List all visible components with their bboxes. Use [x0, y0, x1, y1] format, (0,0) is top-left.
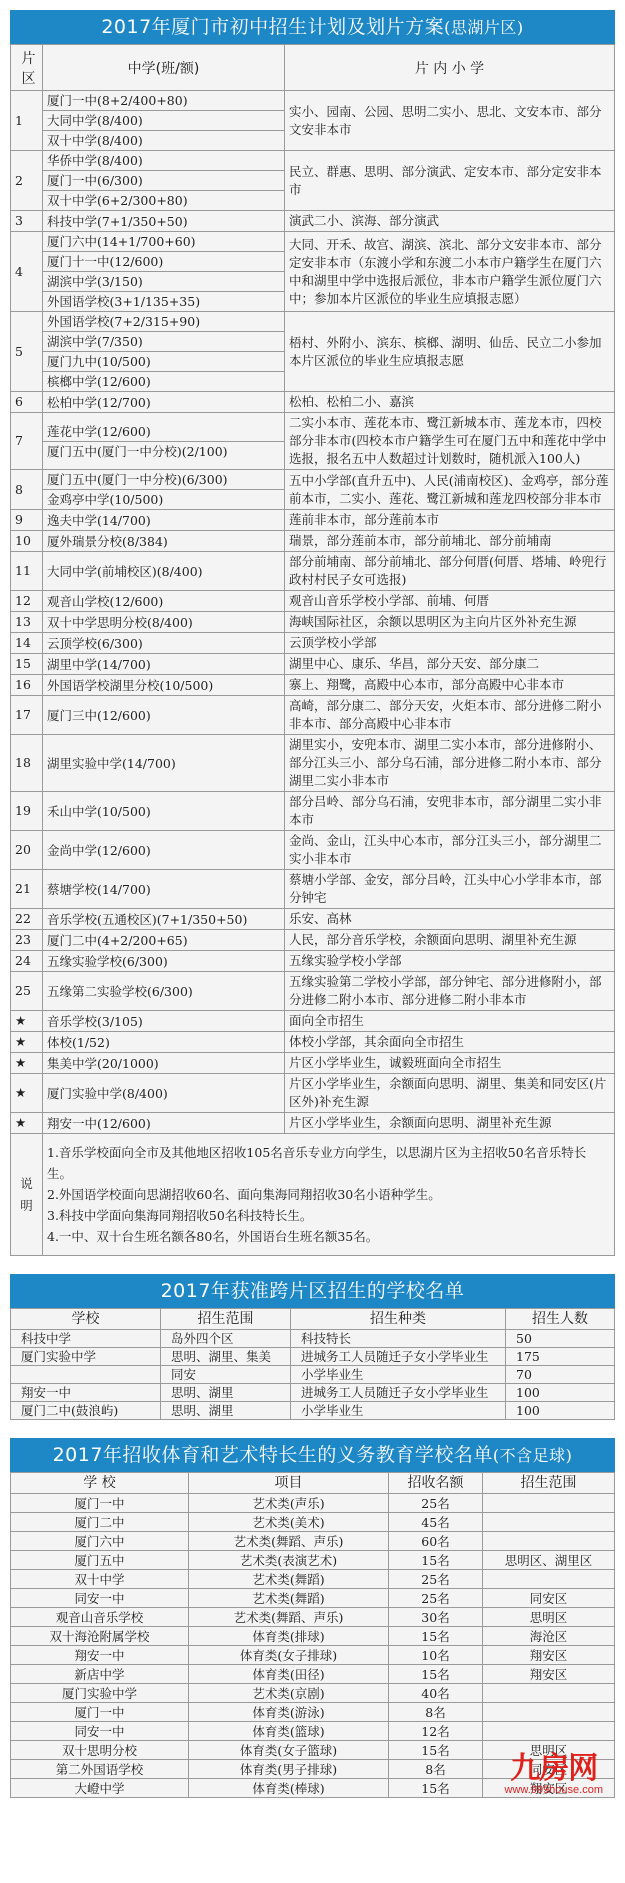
- area-number: 6: [11, 392, 43, 413]
- table-row: 13双十中学思明分校(8/400)海峡国际社区，余额以思明区为主向片区外补充生源: [11, 612, 615, 633]
- table-header-row: 学校 招生范围 招生种类 招生人数: [11, 1309, 615, 1330]
- middle-school: 外国语学校(7+2/315+90): [43, 312, 284, 332]
- area-number: 9: [11, 510, 43, 531]
- type-cell: 进城务工人员随迁子女小学毕业生: [291, 1384, 506, 1402]
- quota-cell: 10名: [389, 1646, 483, 1665]
- middle-schools-cell: 厦门五中(厦门一中分校)(6/300)金鸡亭中学(10/500): [43, 470, 285, 510]
- area-number: 19: [11, 792, 43, 831]
- table-row: 翔安一中思明、湖里进城务工人员随迁子女小学毕业生100: [11, 1384, 615, 1402]
- program-cell: 体育类(田径): [189, 1665, 389, 1684]
- area-number: ★: [11, 1053, 43, 1074]
- table-row: 新店中学体育类(田径)15名翔安区: [11, 1665, 615, 1684]
- middle-schools-cell: 外国语学校(7+2/315+90)湖滨中学(7/350)厦门九中(10/500)…: [43, 312, 285, 392]
- range-cell: [483, 1532, 615, 1551]
- count-cell: 175: [506, 1348, 615, 1366]
- table-row: 厦门实验中学艺术类(京剧)40名: [11, 1684, 615, 1703]
- program-cell: 体育类(女子篮球): [189, 1741, 389, 1760]
- count-cell: 70: [506, 1366, 615, 1384]
- program-cell: 艺术类(舞蹈): [189, 1570, 389, 1589]
- table-row: 同安小学毕业生70: [11, 1366, 615, 1384]
- header-school: 学校: [11, 1309, 161, 1330]
- page: 2017年厦门市初中招生计划及划片方案(思湖片区) 片区 中学(班/额) 片 内…: [0, 0, 625, 1828]
- school-cell: 厦门实验中学: [11, 1348, 161, 1366]
- primary-schools-cell: 五缘实验学校小学部: [285, 951, 615, 972]
- program-cell: 体育类(女子排球): [189, 1646, 389, 1665]
- type-cell: 科技特长: [291, 1330, 506, 1348]
- table-row: 厦门五中艺术类(表演艺术)15名思明区、湖里区: [11, 1551, 615, 1570]
- school-cell: 厦门六中: [11, 1532, 189, 1551]
- middle-school: 金尚中学(12/600): [43, 841, 284, 860]
- primary-schools-cell: 片区小学毕业生，诚毅班面向全市招生: [285, 1053, 615, 1074]
- table-row: 17厦门三中(12/600)高崎，部分康二、部分天安，火炬本市、部分进修二附小非…: [11, 696, 615, 735]
- range-cell: 思明、湖里、集美: [161, 1348, 291, 1366]
- table-header-row: 片区 中学(班/额) 片 内 小 学: [11, 45, 615, 91]
- header-school: 学 校: [11, 1473, 189, 1494]
- watermark-url: www.999house.com: [505, 1784, 603, 1796]
- quota-cell: 40名: [389, 1684, 483, 1703]
- table-row: 厦门二中(鼓浪屿)思明、湖里小学毕业生100: [11, 1402, 615, 1420]
- school-cell: 科技中学: [11, 1330, 161, 1348]
- middle-school: 禾山中学(10/500): [43, 802, 284, 821]
- middle-schools-cell: 厦门实验中学(8/400): [43, 1074, 285, 1113]
- section3-title: 2017年招收体育和艺术特长生的义务教育学校名单: [53, 1444, 493, 1466]
- section3-title-banner: 2017年招收体育和艺术特长生的义务教育学校名单(不含足球): [10, 1438, 615, 1472]
- table-row: 科技中学岛外四个区科技特长50: [11, 1330, 615, 1348]
- table-row: 9逸夫中学(14/700)莲前非本市，部分莲前本市: [11, 510, 615, 531]
- table-row: 翔安一中体育类(女子排球)10名翔安区: [11, 1646, 615, 1665]
- middle-school: 厦门二中(4+2/200+65): [43, 931, 284, 950]
- program-cell: 艺术类(京剧): [189, 1684, 389, 1703]
- primary-schools-cell: 高崎，部分康二、部分天安，火炬本市、部分进修二附小非本市、部分高殿中心非本市: [285, 696, 615, 735]
- middle-school: 湖滨中学(7/350): [43, 332, 284, 352]
- middle-schools-cell: 大同中学(前埔校区)(8/400): [43, 552, 285, 591]
- table-row: 厦门一中体育类(游泳)8名: [11, 1703, 615, 1722]
- table-row: 2华侨中学(8/400)厦门一中(6/300)双十中学(6+2/300+80)民…: [11, 151, 615, 211]
- area-number: 7: [11, 413, 43, 470]
- header-range: 招生范围: [483, 1473, 615, 1494]
- area-number: 25: [11, 972, 43, 1011]
- school-cell: 观音山音乐学校: [11, 1608, 189, 1627]
- area-number: ★: [11, 1113, 43, 1134]
- table-row: ★集美中学(20/1000)片区小学毕业生，诚毅班面向全市招生: [11, 1053, 615, 1074]
- primary-schools-cell: 大同、开禾、故宫、湖滨、滨北、部分文安非本市、部分定安非本市（东渡小学和东渡二小…: [285, 232, 615, 312]
- primary-schools-cell: 人民，部分音乐学校，余额面向思明、湖里补充生源: [285, 930, 615, 951]
- middle-school: 松柏中学(12/700): [43, 393, 284, 412]
- spacer: [10, 1256, 615, 1274]
- middle-schools-cell: 双十中学思明分校(8/400): [43, 612, 285, 633]
- middle-schools-cell: 音乐学校(3/105): [43, 1011, 285, 1032]
- primary-schools-cell: 民立、群惠、思明、部分演武、定安本市、部分定安非本市: [285, 151, 615, 211]
- table-row: 23厦门二中(4+2/200+65)人民，部分音乐学校，余额面向思明、湖里补充生…: [11, 930, 615, 951]
- area-number: 13: [11, 612, 43, 633]
- special-talent-table: 学 校 项目 招收名额 招生范围 厦门一中艺术类(声乐)25名厦门二中艺术类(美…: [10, 1472, 615, 1798]
- middle-school: 厦门五中(厦门一中分校)(2/100): [43, 442, 284, 461]
- middle-school: 大同中学(8/400): [43, 111, 284, 131]
- middle-school: 湖里实验中学(14/700): [43, 754, 284, 773]
- section1-title-banner: 2017年厦门市初中招生计划及划片方案(思湖片区): [10, 10, 615, 44]
- primary-schools-cell: 寨上、翔鹭，高殿中心本市，部分高殿中心非本市: [285, 675, 615, 696]
- quota-cell: 15名: [389, 1551, 483, 1570]
- watermark: 九房网 www.999house.com: [505, 1754, 603, 1796]
- quota-cell: 25名: [389, 1570, 483, 1589]
- school-cell: 新店中学: [11, 1665, 189, 1684]
- middle-school: 体校(1/52): [43, 1033, 284, 1052]
- table-row: 厦门六中艺术类(舞蹈、声乐)60名: [11, 1532, 615, 1551]
- table-row: 7莲花中学(12/600)厦门五中(厦门一中分校)(2/100)二实小本市、莲花…: [11, 413, 615, 470]
- middle-school: 蔡塘学校(14/700): [43, 880, 284, 899]
- school-cell: 翔安一中: [11, 1384, 161, 1402]
- area-number: 24: [11, 951, 43, 972]
- middle-schools-cell: 蔡塘学校(14/700): [43, 870, 285, 909]
- table-row: 8厦门五中(厦门一中分校)(6/300)金鸡亭中学(10/500)五中小学部(直…: [11, 470, 615, 510]
- school-cell: 厦门一中: [11, 1494, 189, 1513]
- primary-schools-cell: 演武二小、滨海、部分演武: [285, 211, 615, 232]
- area-number: 12: [11, 591, 43, 612]
- middle-school: 双十中学(8/400): [43, 131, 284, 150]
- primary-schools-cell: 金尚、金山，江头中心本市，部分江头三小，部分湖里二实小非本市: [285, 831, 615, 870]
- table-row: 19禾山中学(10/500)部分吕岭、部分乌石浦，安兜非本市，部分湖里二实小非本…: [11, 792, 615, 831]
- area-number: 16: [11, 675, 43, 696]
- range-cell: [483, 1570, 615, 1589]
- school-cell: 大嶝中学: [11, 1779, 189, 1798]
- middle-schools-cell: 音乐学校(五通校区)(7+1/350+50): [43, 909, 285, 930]
- spacer: [10, 1420, 615, 1438]
- middle-schools-cell: 湖里中学(14/700): [43, 654, 285, 675]
- table-row: 双十中学艺术类(舞蹈)25名: [11, 1570, 615, 1589]
- table-row: 15湖里中学(14/700)湖里中心、康乐、华昌，部分天安、部分康二: [11, 654, 615, 675]
- area-number: 17: [11, 696, 43, 735]
- primary-schools-cell: 海峡国际社区，余额以思明区为主向片区外补充生源: [285, 612, 615, 633]
- quota-cell: 30名: [389, 1608, 483, 1627]
- quota-cell: 60名: [389, 1532, 483, 1551]
- table-row: 3科技中学(7+1/350+50)演武二小、滨海、部分演武: [11, 211, 615, 232]
- middle-schools-cell: 集美中学(20/1000): [43, 1053, 285, 1074]
- program-cell: 体育类(男子排球): [189, 1760, 389, 1779]
- area-number: 20: [11, 831, 43, 870]
- middle-school: 厦门三中(12/600): [43, 706, 284, 725]
- middle-school: 双十中学思明分校(8/400): [43, 613, 284, 632]
- area-number: 4: [11, 232, 43, 312]
- middle-schools-cell: 厦外瑞景分校(8/384): [43, 531, 285, 552]
- note-item: 4.一中、双十台生班名额各80名，外国语台生班名额35名。: [47, 1226, 610, 1247]
- middle-schools-cell: 莲花中学(12/600)厦门五中(厦门一中分校)(2/100): [43, 413, 285, 470]
- primary-schools-cell: 湖里实小，安兜本市、湖里二实小本市，部分进修附小、部分江头三小、部分乌石浦，部分…: [285, 735, 615, 792]
- enrollment-plan-table: 片区 中学(班/额) 片 内 小 学 1厦门一中(8+2/400+80)大同中学…: [10, 44, 615, 1256]
- cross-district-body: 科技中学岛外四个区科技特长50厦门实验中学思明、湖里、集美进城务工人员随迁子女小…: [11, 1330, 615, 1420]
- notes-row: 说明 1.音乐学校面向全市及其他地区招收105名音乐专业方向学生，以思湖片区为主…: [11, 1134, 615, 1256]
- table-row: 11大同中学(前埔校区)(8/400)部分前埔南、部分前埔北、部分何厝(何厝、塔…: [11, 552, 615, 591]
- footer-spacer: [10, 1798, 615, 1818]
- table-row: 10厦外瑞景分校(8/384)瑞景，部分莲前本市，部分前埔北、部分前埔南: [11, 531, 615, 552]
- program-cell: 体育类(游泳): [189, 1703, 389, 1722]
- primary-schools-cell: 蔡塘小学部、金安，部分吕岭，江头中心小学非本市，部分钟宅: [285, 870, 615, 909]
- table-row: 24五缘实验学校(6/300)五缘实验学校小学部: [11, 951, 615, 972]
- middle-school: 厦外瑞景分校(8/384): [43, 532, 284, 551]
- middle-school: 音乐学校(3/105): [43, 1012, 284, 1031]
- primary-schools-cell: 瑞景，部分莲前本市，部分前埔北、部分前埔南: [285, 531, 615, 552]
- range-cell: [483, 1494, 615, 1513]
- middle-school: 华侨中学(8/400): [43, 151, 284, 171]
- area-number: ★: [11, 1032, 43, 1053]
- table-row: 厦门二中艺术类(美术)45名: [11, 1513, 615, 1532]
- middle-schools-cell: 湖里实验中学(14/700): [43, 735, 285, 792]
- range-cell: 海沧区: [483, 1627, 615, 1646]
- school-cell: 厦门五中: [11, 1551, 189, 1570]
- school-cell: [11, 1366, 161, 1384]
- program-cell: 体育类(棒球): [189, 1779, 389, 1798]
- range-cell: 翔安区: [483, 1665, 615, 1684]
- middle-schools-cell: 体校(1/52): [43, 1032, 285, 1053]
- area-number: 2: [11, 151, 43, 211]
- primary-schools-cell: 云顶学校小学部: [285, 633, 615, 654]
- table-row: ★音乐学校(3/105)面向全市招生: [11, 1011, 615, 1032]
- table-row: 4厦门六中(14+1/700+60)厦门十一中(12/600)湖滨中学(3/15…: [11, 232, 615, 312]
- table-row: 16外国语学校湖里分校(10/500)寨上、翔鹭，高殿中心本市，部分高殿中心非本…: [11, 675, 615, 696]
- middle-school: 厦门实验中学(8/400): [43, 1084, 284, 1103]
- middle-school: 莲花中学(12/600): [43, 422, 284, 442]
- table-row: 18湖里实验中学(14/700)湖里实小，安兜本市、湖里二实小本市，部分进修附小…: [11, 735, 615, 792]
- header-program: 项目: [189, 1473, 389, 1494]
- range-cell: [483, 1513, 615, 1532]
- school-cell: 厦门二中: [11, 1513, 189, 1532]
- middle-school: 金鸡亭中学(10/500): [43, 490, 284, 509]
- special-talent-section: 学 校 项目 招收名额 招生范围 厦门一中艺术类(声乐)25名厦门二中艺术类(美…: [10, 1472, 615, 1798]
- table-row: 6松柏中学(12/700)松柏、松柏二小、嘉滨: [11, 392, 615, 413]
- primary-schools-cell: 五中小学部(直升五中)、人民(浦南校区)、金鸡亭，部分莲前本市，二实小、莲花、鹭…: [285, 470, 615, 510]
- area-number: 23: [11, 930, 43, 951]
- type-cell: 进城务工人员随迁子女小学毕业生: [291, 1348, 506, 1366]
- header-quota: 招收名额: [389, 1473, 483, 1494]
- range-cell: 翔安区: [483, 1646, 615, 1665]
- school-cell: 双十思明分校: [11, 1741, 189, 1760]
- section1-title-suffix: (思湖片区): [444, 18, 524, 37]
- table-row: ★厦门实验中学(8/400)片区小学毕业生，余额面向思明、湖里、集美和同安区(片…: [11, 1074, 615, 1113]
- quota-cell: 15名: [389, 1665, 483, 1684]
- watermark-logo: 九房网: [505, 1754, 603, 1784]
- note-item: 2.外国语学校面向思湖招收60名、面向集海同翔招收30名小语种学生。: [47, 1184, 610, 1205]
- program-cell: 艺术类(舞蹈、声乐): [189, 1608, 389, 1627]
- header-range: 招生范围: [161, 1309, 291, 1330]
- primary-schools-cell: 松柏、松柏二小、嘉滨: [285, 392, 615, 413]
- middle-schools-cell: 金尚中学(12/600): [43, 831, 285, 870]
- table-row: 厦门一中艺术类(声乐)25名: [11, 1494, 615, 1513]
- program-cell: 体育类(排球): [189, 1627, 389, 1646]
- middle-schools-cell: 厦门六中(14+1/700+60)厦门十一中(12/600)湖滨中学(3/150…: [43, 232, 285, 312]
- primary-schools-cell: 部分前埔南、部分前埔北、部分何厝(何厝、塔埔、岭兜行政村村民子女可选报): [285, 552, 615, 591]
- note-item: 3.科技中学面向集海同翔招收50名科技特长生。: [47, 1205, 610, 1226]
- middle-schools-cell: 逸夫中学(14/700): [43, 510, 285, 531]
- area-number: 3: [11, 211, 43, 232]
- quota-cell: 8名: [389, 1760, 483, 1779]
- quota-cell: 8名: [389, 1703, 483, 1722]
- middle-school: 湖滨中学(3/150): [43, 272, 284, 292]
- middle-school: 厦门十一中(12/600): [43, 252, 284, 272]
- middle-school: 槟榔中学(12/600): [43, 372, 284, 391]
- range-cell: 同安区: [483, 1589, 615, 1608]
- range-cell: 思明、湖里: [161, 1384, 291, 1402]
- type-cell: 小学毕业生: [291, 1402, 506, 1420]
- area-number: 15: [11, 654, 43, 675]
- table-row: 22音乐学校(五通校区)(7+1/350+50)乐安、高林: [11, 909, 615, 930]
- school-cell: 翔安一中: [11, 1646, 189, 1665]
- primary-schools-cell: 部分吕岭、部分乌石浦，安兜非本市，部分湖里二实小非本市: [285, 792, 615, 831]
- school-cell: 厦门一中: [11, 1703, 189, 1722]
- header-area: 片区: [11, 45, 43, 91]
- middle-schools-cell: 翔安一中(12/600): [43, 1113, 285, 1134]
- school-cell: 同安一中: [11, 1589, 189, 1608]
- primary-schools-cell: 二实小本市、莲花本市、鹭江新城本市、莲龙本市，四校部分非本市(四校本市户籍学生可…: [285, 413, 615, 470]
- middle-schools-cell: 厦门一中(8+2/400+80)大同中学(8/400)双十中学(8/400): [43, 91, 285, 151]
- middle-school: 双十中学(6+2/300+80): [43, 191, 284, 210]
- section1-title: 2017年厦门市初中招生计划及划片方案: [101, 16, 444, 38]
- middle-school: 五缘实验学校(6/300): [43, 952, 284, 971]
- middle-school: 观音山学校(12/600): [43, 592, 284, 611]
- count-cell: 100: [506, 1402, 615, 1420]
- header-type: 招生种类: [291, 1309, 506, 1330]
- middle-school: 云顶学校(6/300): [43, 634, 284, 653]
- quota-cell: 25名: [389, 1589, 483, 1608]
- table-header-row: 学 校 项目 招收名额 招生范围: [11, 1473, 615, 1494]
- middle-school: 逸夫中学(14/700): [43, 511, 284, 530]
- primary-schools-cell: 乐安、高林: [285, 909, 615, 930]
- range-cell: 思明区: [483, 1608, 615, 1627]
- middle-schools-cell: 科技中学(7+1/350+50): [43, 211, 285, 232]
- primary-schools-cell: 片区小学毕业生，余额面向思明、湖里、集美和同安区(片区外)补充生源: [285, 1074, 615, 1113]
- count-cell: 50: [506, 1330, 615, 1348]
- area-number: 5: [11, 312, 43, 392]
- school-cell: 双十中学: [11, 1570, 189, 1589]
- middle-school: 厦门一中(6/300): [43, 171, 284, 191]
- section3-title-suffix: (不含足球): [493, 1446, 573, 1465]
- program-cell: 艺术类(舞蹈、声乐): [189, 1532, 389, 1551]
- middle-schools-cell: 外国语学校湖里分校(10/500): [43, 675, 285, 696]
- enrollment-plan-body: 1厦门一中(8+2/400+80)大同中学(8/400)双十中学(8/400)实…: [11, 91, 615, 1134]
- middle-school: 翔安一中(12/600): [43, 1114, 284, 1133]
- middle-schools-cell: 观音山学校(12/600): [43, 591, 285, 612]
- area-number: 18: [11, 735, 43, 792]
- program-cell: 艺术类(美术): [189, 1513, 389, 1532]
- table-row: ★翔安一中(12/600)片区小学毕业生，余额面向思明、湖里补充生源: [11, 1113, 615, 1134]
- table-row: 同安一中艺术类(舞蹈)25名同安区: [11, 1589, 615, 1608]
- range-cell: 思明、湖里: [161, 1402, 291, 1420]
- quota-cell: 45名: [389, 1513, 483, 1532]
- middle-school: 外国语学校湖里分校(10/500): [43, 676, 284, 695]
- program-cell: 体育类(篮球): [189, 1722, 389, 1741]
- primary-schools-cell: 五缘实验第二学校小学部，部分钟宅、部分进修附小，部分进修二附小本市、部分进修二附…: [285, 972, 615, 1011]
- range-cell: 思明区、湖里区: [483, 1551, 615, 1570]
- school-cell: 同安一中: [11, 1722, 189, 1741]
- middle-schools-cell: 厦门二中(4+2/200+65): [43, 930, 285, 951]
- middle-school: 外国语学校(3+1/135+35): [43, 292, 284, 311]
- school-cell: 第二外国语学校: [11, 1760, 189, 1779]
- school-cell: 双十海沧附属学校: [11, 1627, 189, 1646]
- table-row: ★体校(1/52)体校小学部，其余面向全市招生: [11, 1032, 615, 1053]
- section2-title-banner: 2017年获准跨片区招生的学校名单: [10, 1274, 615, 1308]
- program-cell: 艺术类(声乐): [189, 1494, 389, 1513]
- primary-schools-cell: 观音山音乐学校小学部、前埔、何厝: [285, 591, 615, 612]
- middle-schools-cell: 五缘第二实验学校(6/300): [43, 972, 285, 1011]
- notes-label: 说明: [11, 1134, 43, 1256]
- quota-cell: 15名: [389, 1741, 483, 1760]
- area-number: 11: [11, 552, 43, 591]
- middle-school: 大同中学(前埔校区)(8/400): [43, 562, 284, 581]
- middle-school: 厦门九中(10/500): [43, 352, 284, 372]
- primary-schools-cell: 面向全市招生: [285, 1011, 615, 1032]
- middle-schools-cell: 禾山中学(10/500): [43, 792, 285, 831]
- cross-district-table: 学校 招生范围 招生种类 招生人数 科技中学岛外四个区科技特长50厦门实验中学思…: [10, 1308, 615, 1420]
- primary-schools-cell: 梧村、外附小、滨东、槟榔、湖明、仙岳、民立二小参加本片区派位的毕业生应填报志愿: [285, 312, 615, 392]
- area-number: 22: [11, 909, 43, 930]
- middle-schools-cell: 厦门三中(12/600): [43, 696, 285, 735]
- area-number: 10: [11, 531, 43, 552]
- primary-schools-cell: 体校小学部，其余面向全市招生: [285, 1032, 615, 1053]
- section2-title: 2017年获准跨片区招生的学校名单: [161, 1280, 465, 1302]
- middle-school: 厦门六中(14+1/700+60): [43, 232, 284, 252]
- program-cell: 艺术类(舞蹈): [189, 1589, 389, 1608]
- range-cell: [483, 1684, 615, 1703]
- area-number: 8: [11, 470, 43, 510]
- middle-school: 厦门五中(厦门一中分校)(6/300): [43, 470, 284, 490]
- area-number: 1: [11, 91, 43, 151]
- count-cell: 100: [506, 1384, 615, 1402]
- quota-cell: 15名: [389, 1627, 483, 1646]
- notes-content: 1.音乐学校面向全市及其他地区招收105名音乐专业方向学生，以思湖片区为主招收5…: [43, 1134, 615, 1256]
- middle-school: 厦门一中(8+2/400+80): [43, 91, 284, 111]
- table-row: 5外国语学校(7+2/315+90)湖滨中学(7/350)厦门九中(10/500…: [11, 312, 615, 392]
- area-number: 14: [11, 633, 43, 654]
- middle-school: 湖里中学(14/700): [43, 655, 284, 674]
- quota-cell: 12名: [389, 1722, 483, 1741]
- middle-school: 音乐学校(五通校区)(7+1/350+50): [43, 910, 284, 929]
- table-row: 观音山音乐学校艺术类(舞蹈、声乐)30名思明区: [11, 1608, 615, 1627]
- quota-cell: 25名: [389, 1494, 483, 1513]
- table-row: 厦门实验中学思明、湖里、集美进城务工人员随迁子女小学毕业生175: [11, 1348, 615, 1366]
- school-cell: 厦门实验中学: [11, 1684, 189, 1703]
- area-number: ★: [11, 1011, 43, 1032]
- program-cell: 艺术类(表演艺术): [189, 1551, 389, 1570]
- table-row: 同安一中体育类(篮球)12名: [11, 1722, 615, 1741]
- table-row: 25五缘第二实验学校(6/300)五缘实验第二学校小学部，部分钟宅、部分进修附小…: [11, 972, 615, 1011]
- range-cell: [483, 1722, 615, 1741]
- table-row: 21蔡塘学校(14/700)蔡塘小学部、金安，部分吕岭，江头中心小学非本市，部分…: [11, 870, 615, 909]
- table-row: 1厦门一中(8+2/400+80)大同中学(8/400)双十中学(8/400)实…: [11, 91, 615, 151]
- header-count: 招生人数: [506, 1309, 615, 1330]
- range-cell: 同安: [161, 1366, 291, 1384]
- primary-schools-cell: 湖里中心、康乐、华昌，部分天安、部分康二: [285, 654, 615, 675]
- area-number: ★: [11, 1074, 43, 1113]
- header-primary-schools: 片 内 小 学: [285, 45, 615, 91]
- quota-cell: 15名: [389, 1779, 483, 1798]
- table-row: 20金尚中学(12/600)金尚、金山，江头中心本市，部分江头三小，部分湖里二实…: [11, 831, 615, 870]
- middle-school: 五缘第二实验学校(6/300): [43, 982, 284, 1001]
- primary-schools-cell: 实小、园南、公园、思明二实小、思北、文安本市、部分文安非本市: [285, 91, 615, 151]
- middle-schools-cell: 华侨中学(8/400)厦门一中(6/300)双十中学(6+2/300+80): [43, 151, 285, 211]
- type-cell: 小学毕业生: [291, 1366, 506, 1384]
- school-cell: 厦门二中(鼓浪屿): [11, 1402, 161, 1420]
- primary-schools-cell: 莲前非本市，部分莲前本市: [285, 510, 615, 531]
- primary-schools-cell: 片区小学毕业生，余额面向思明、湖里补充生源: [285, 1113, 615, 1134]
- range-cell: [483, 1703, 615, 1722]
- table-row: 14云顶学校(6/300)云顶学校小学部: [11, 633, 615, 654]
- middle-school: 科技中学(7+1/350+50): [43, 212, 284, 231]
- table-row: 双十海沧附属学校体育类(排球)15名海沧区: [11, 1627, 615, 1646]
- table-row: 12观音山学校(12/600)观音山音乐学校小学部、前埔、何厝: [11, 591, 615, 612]
- note-item: 1.音乐学校面向全市及其他地区招收105名音乐专业方向学生，以思湖片区为主招收5…: [47, 1142, 610, 1184]
- range-cell: 岛外四个区: [161, 1330, 291, 1348]
- middle-school: 集美中学(20/1000): [43, 1054, 284, 1073]
- middle-schools-cell: 云顶学校(6/300): [43, 633, 285, 654]
- middle-schools-cell: 五缘实验学校(6/300): [43, 951, 285, 972]
